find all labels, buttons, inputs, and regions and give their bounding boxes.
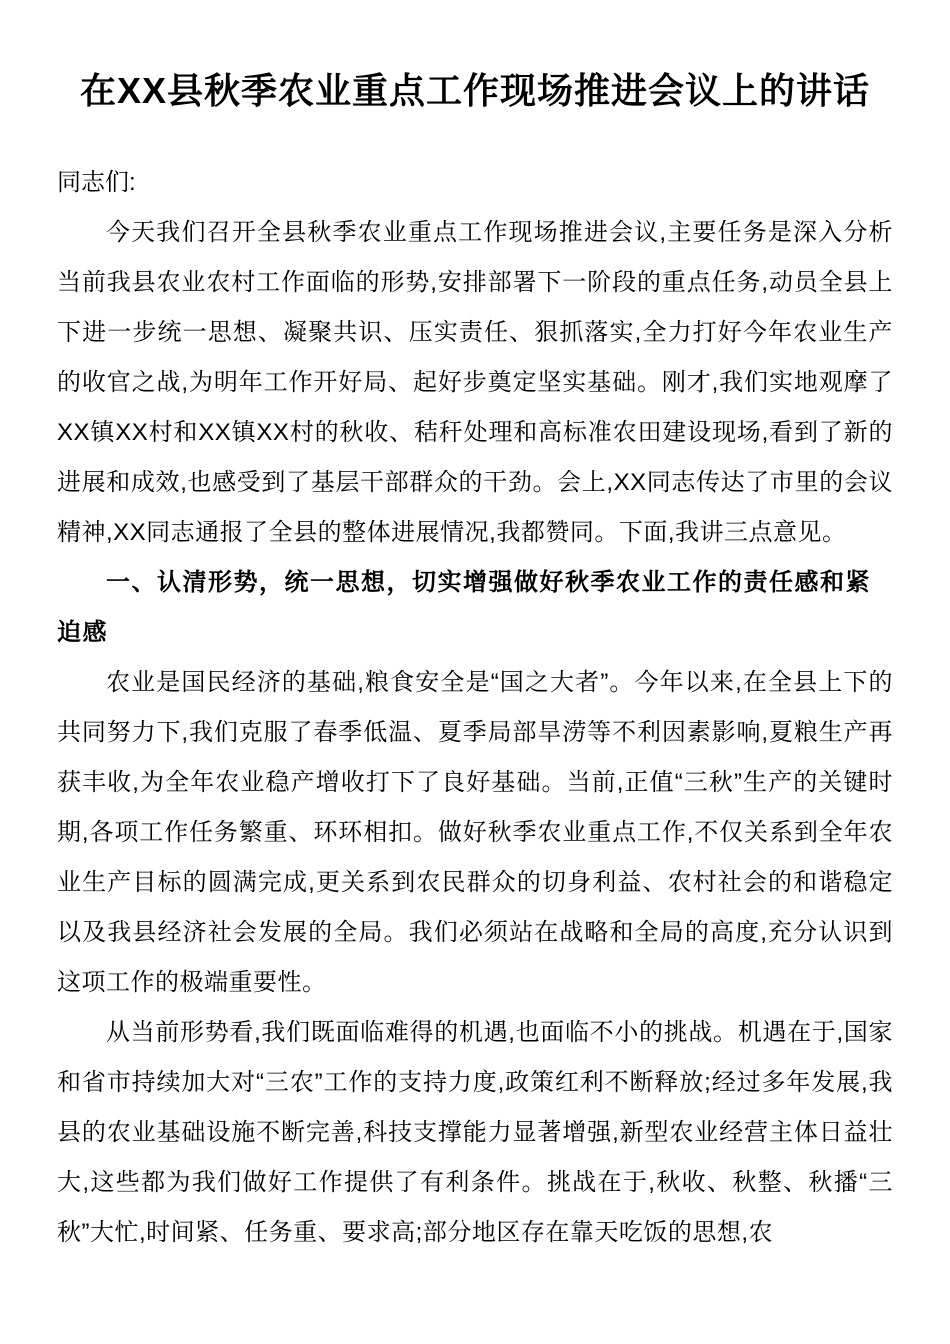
salutation: 同志们: xyxy=(57,158,893,208)
paragraph: 今天我们召开全县秋季农业重点工作现场推进会议,主要任务是深入分析当前我县农业农村… xyxy=(57,208,893,558)
paragraph: 农业是国民经济的基础,粮食安全是“国之大者”。今年以来,在全县上下的共同努力下,… xyxy=(57,658,893,1008)
document-body: 今天我们召开全县秋季农业重点工作现场推进会议,主要任务是深入分析当前我县农业农村… xyxy=(57,208,893,1258)
section-heading: 一、认清形势，统一思想，切实增强做好秋季农业工作的责任感和紧迫感 xyxy=(57,558,893,658)
paragraph: 从当前形势看,我们既面临难得的机遇,也面临不小的挑战。机遇在于,国家和省市持续加… xyxy=(57,1008,893,1258)
document-page: 在XX县秋季农业重点工作现场推进会议上的讲话 同志们: 今天我们召开全县秋季农业… xyxy=(0,0,950,1344)
document-title: 在XX县秋季农业重点工作现场推进会议上的讲话 xyxy=(57,62,893,120)
